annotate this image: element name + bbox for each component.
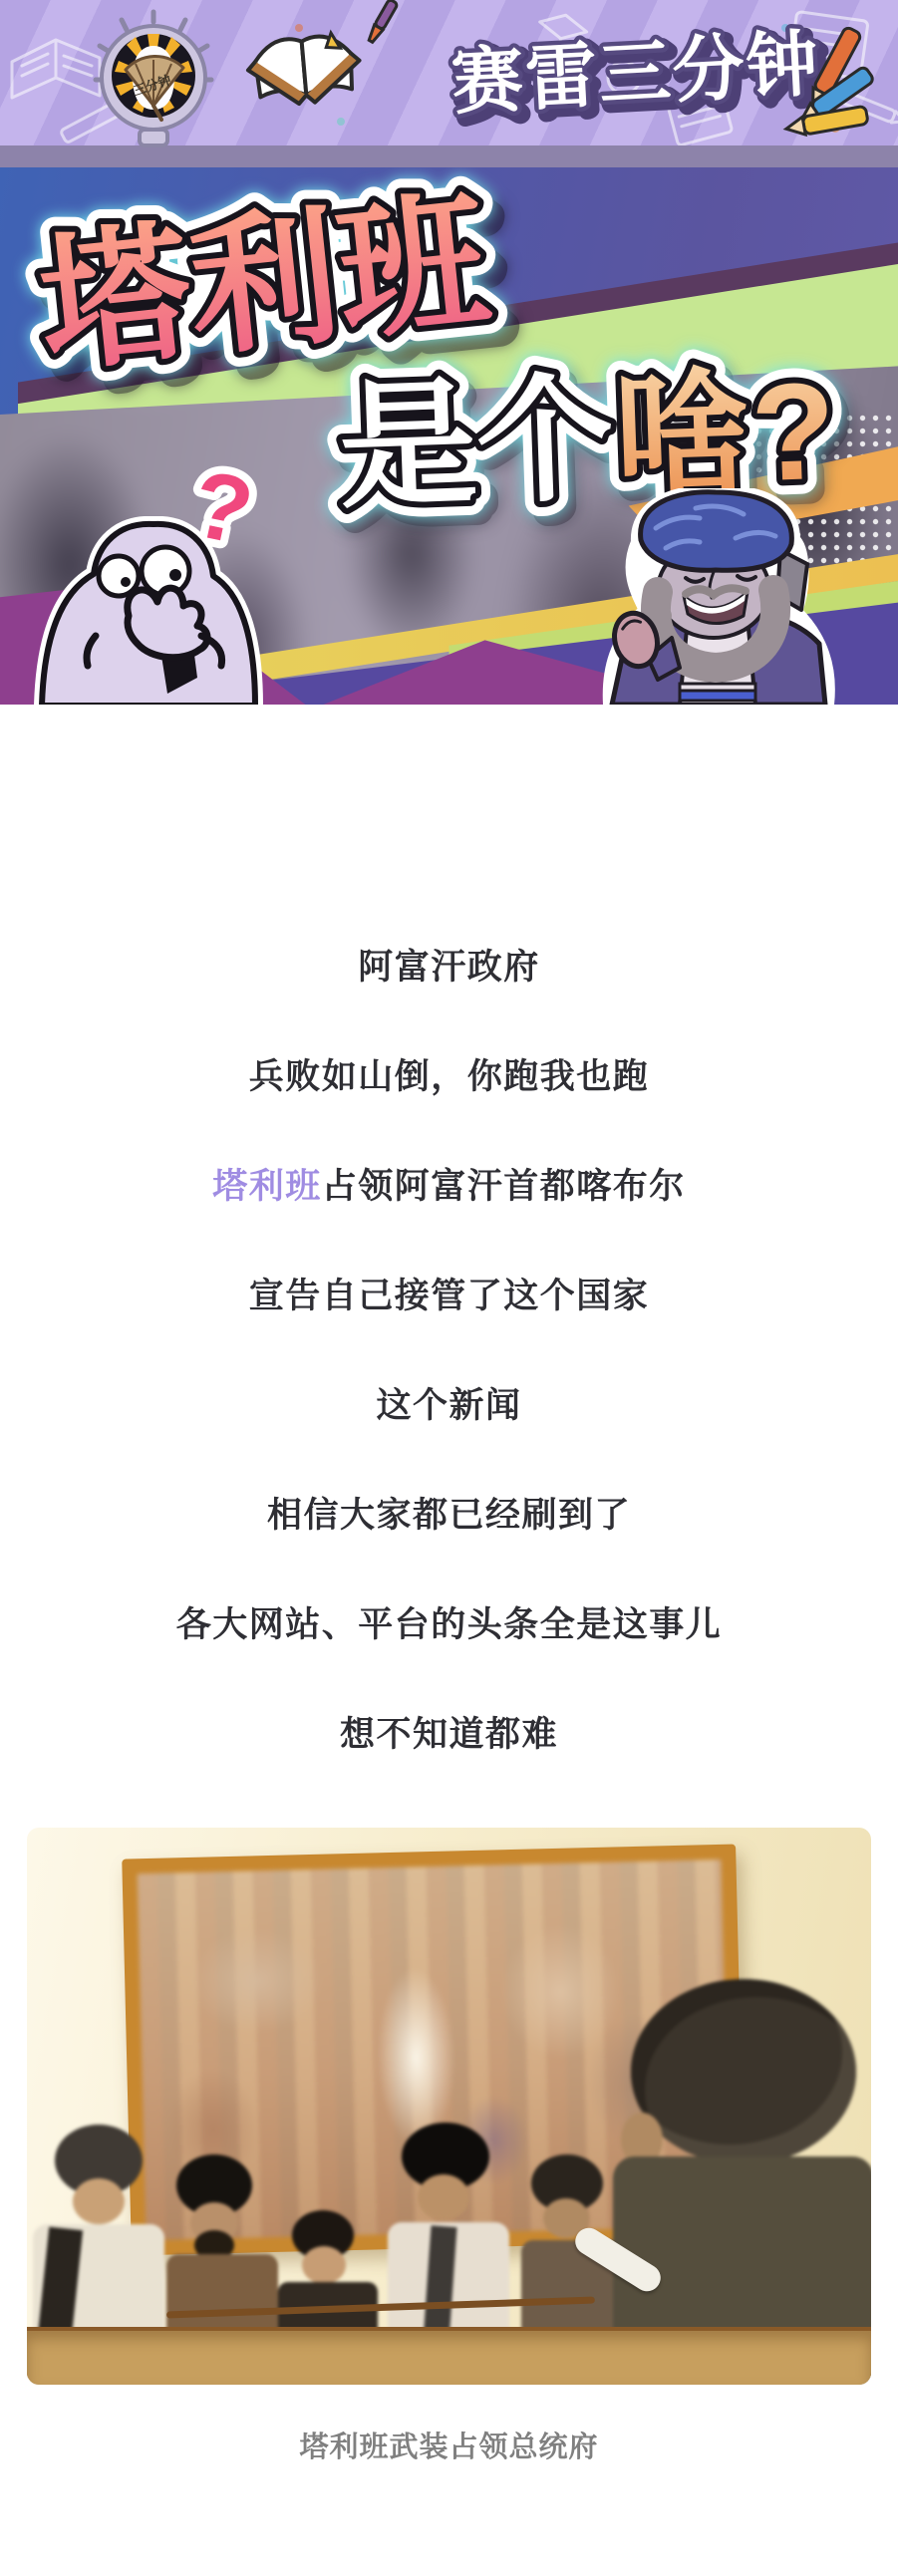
header-banner: 三分钟 赛雷三分钟 赛雷三分钟 [0, 0, 898, 145]
article-paragraph: 阿富汗政府 [0, 910, 898, 1019]
paragraph-text: 兵败如山倒，你跑我也跑 [249, 1049, 650, 1099]
article-page: 三分钟 赛雷三分钟 赛雷三分钟 [0, 0, 898, 2576]
article-paragraph: 塔利班占领阿富汗首都喀布尔 [0, 1129, 898, 1239]
desk [27, 2331, 871, 2385]
article-paragraph: 各大网站、平台的头条全是这事儿 [0, 1568, 898, 1677]
channel-logo-badge: 三分钟 [92, 6, 215, 153]
bulb-base-icon [140, 130, 167, 145]
photo-caption: 塔利班武装占领总统府 [0, 2428, 898, 2467]
paragraph-text: 这个新闻 [376, 1378, 521, 1428]
article-paragraph: 想不知道都难 [0, 1677, 898, 1787]
paintbrush-icon [367, 0, 399, 44]
article-paragraph: 兵败如山倒，你跑我也跑 [0, 1019, 898, 1129]
mascot-blob-character [34, 516, 263, 705]
paragraph-text: 阿富汗政府 [358, 940, 540, 990]
article-paragraph: 这个新闻 [0, 1348, 898, 1458]
hero-cover: 塔利班 塔利班 是个啥? 是个啥? ? ? [0, 167, 898, 705]
turban [641, 492, 792, 570]
paragraph-text: 占领阿富汗首都喀布尔 [322, 1159, 686, 1209]
channel-title: 赛雷三分钟 赛雷三分钟 [449, 24, 828, 130]
paragraph-text: 各大网站、平台的头条全是这事儿 [176, 1597, 723, 1647]
paragraph-text: 想不知道都难 [340, 1707, 558, 1757]
paragraph-text: 宣告自己接管了这个国家 [249, 1269, 650, 1318]
article-paragraph: 宣告自己接管了这个国家 [0, 1239, 898, 1348]
paragraph-highlight: 塔利班 [212, 1159, 322, 1209]
taliban-cartoon-character [596, 488, 845, 705]
channel-title-group: 赛雷三分钟 赛雷三分钟 [239, 0, 897, 149]
belt [680, 691, 755, 701]
open-book-icon [245, 31, 363, 109]
article-paragraph: 相信大家都已经刷到了 [0, 1458, 898, 1568]
news-photo [27, 1828, 871, 2385]
article-body: 阿富汗政府兵败如山倒，你跑我也跑塔利班占领阿富汗首都喀布尔宣告自己接管了这个国家… [0, 910, 898, 1787]
paragraph-text: 相信大家都已经刷到了 [267, 1488, 631, 1538]
